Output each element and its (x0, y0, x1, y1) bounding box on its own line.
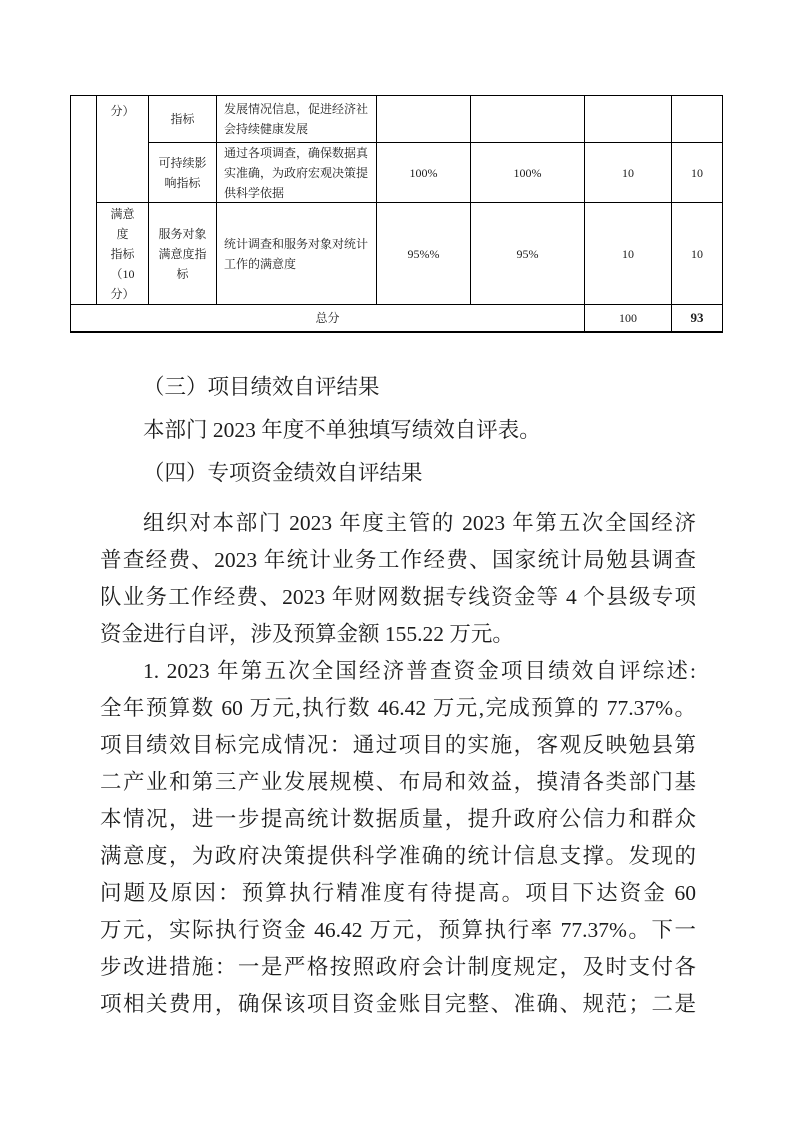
cell-r3-full-score: 10 (585, 203, 672, 305)
section-heading-3: （三）项目绩效自评结果 (100, 366, 696, 409)
paragraph-line: 万元，实际执行资金 46.42 万元，预算执行率 77.37%。下一 (100, 912, 696, 949)
paragraph-line: 1. 2023 年第五次全国经济普查资金项目绩效自评综述: (100, 653, 696, 690)
cell-r1-indicator: 指标 (149, 96, 217, 143)
cell-r2-annual-value: 100% (377, 143, 471, 203)
cell-r2-actual-value: 100% (471, 143, 585, 203)
paragraph-line: 普查经费、2023 年统计业务工作经费、国家统计局勉县调查 (100, 542, 696, 579)
cell-r1-full-score (585, 96, 672, 143)
cell-r3-description: 统计调查和服务对象对统计工作的满意度 (217, 203, 377, 305)
paragraph-line: 本部门 2023 年度不单独填写绩效自评表。 (100, 409, 696, 452)
cell-r3-actual-value: 95% (471, 203, 585, 305)
paragraph-line: 问题及原因：预算执行精准度有待提高。项目下达资金 60 (100, 875, 696, 912)
cell-r3-annual-value: 95%% (377, 203, 471, 305)
cell-left-span (71, 96, 97, 305)
cell-total-self-score: 93 (672, 305, 722, 331)
section-headings: （三）项目绩效自评结果 本部门 2023 年度不单独填写绩效自评表。 （四）专项… (100, 366, 696, 495)
section-heading-4: （四）专项资金绩效自评结果 (100, 452, 696, 495)
cell-r2-full-score: 10 (585, 143, 672, 203)
cell-r2-self-score: 10 (672, 143, 722, 203)
cell-r1-annual-value (377, 96, 471, 143)
cell-r3-self-score: 10 (672, 203, 722, 305)
body-paragraphs: 组织对本部门 2023 年度主管的 2023 年第五次全国经济 普查经费、202… (100, 495, 696, 1023)
paragraph-line: 本情况，进一步提高统计数据质量，提升政府公信力和群众 (100, 801, 696, 838)
paragraph-line: 资金进行自评，涉及预算金额 155.22 万元。 (100, 616, 696, 653)
cell-r3-group: 满意 度 指标 （10 分） (97, 203, 149, 305)
cell-r2-description: 通过各项调查，确保数据真实准确，为政府宏观决策提供科学依据 (217, 143, 377, 203)
performance-score-table: 分） 指标 发展情况信息，促进经济社会持续健康发展 可持续影 响指标 通过各项调… (70, 95, 723, 333)
cell-r1-actual-value (471, 96, 585, 143)
paragraph-line: 全年预算数 60 万元,执行数 46.42 万元,完成预算的 77.37%。 (100, 690, 696, 727)
paragraph-line: 组织对本部门 2023 年度主管的 2023 年第五次全国经济 (100, 505, 696, 542)
cell-group-tail: 分） (97, 96, 149, 203)
paragraph-line: 步改进措施：一是严格按照政府会计制度规定，及时支付各 (100, 949, 696, 986)
paragraph-line: 队业务工作经费、2023 年财网数据专线资金等 4 个县级专项 (100, 579, 696, 616)
cell-r2-indicator: 可持续影 响指标 (149, 143, 217, 203)
body-text: （三）项目绩效自评结果 本部门 2023 年度不单独填写绩效自评表。 （四）专项… (100, 366, 696, 1023)
cell-total-full-score: 100 (585, 305, 672, 331)
cell-r1-description: 发展情况信息，促进经济社会持续健康发展 (217, 96, 377, 143)
cell-r1-self-score (672, 96, 722, 143)
cell-r3-indicator: 服务对象 满意度指 标 (149, 203, 217, 305)
cell-total-label: 总分 (71, 305, 585, 331)
paragraph-line: 满意度，为政府决策提供科学准确的统计信息支撑。发现的 (100, 838, 696, 875)
paragraph-line: 项目绩效目标完成情况：通过项目的实施，客观反映勉县第 (100, 727, 696, 764)
document-page: 分） 指标 发展情况信息，促进经济社会持续健康发展 可持续影 响指标 通过各项调… (0, 0, 793, 1122)
paragraph-line: 二产业和第三产业发展规模、布局和效益，摸清各类部门基 (100, 764, 696, 801)
paragraph-line: 项相关费用，确保该项目资金账目完整、准确、规范；二是 (100, 986, 696, 1023)
